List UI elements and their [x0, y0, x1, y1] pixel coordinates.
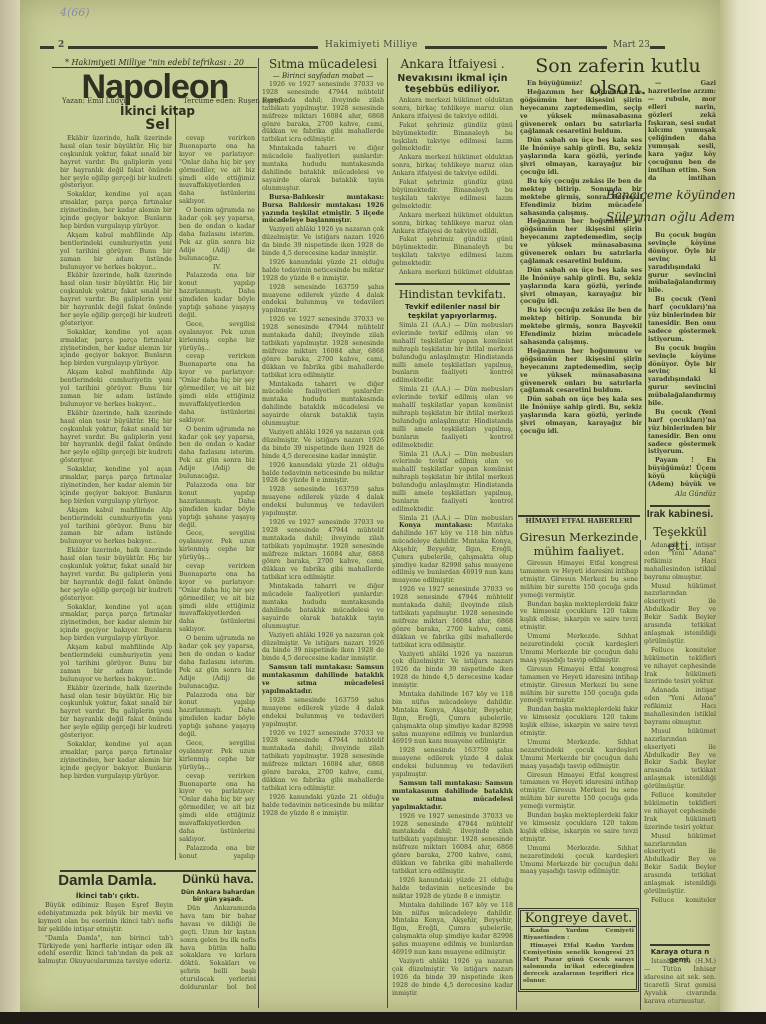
ship-aground-body: İstanbul, 21 (H.M.) — Tütün İnhisar idar…: [644, 958, 716, 1003]
handwritten-line-1: Bençiçeme köyünden: [606, 188, 736, 202]
weather-subtitle: Dün Ankara bahardan bir gün yaşadı.: [178, 889, 258, 903]
issue-date: Mart 23: [613, 40, 650, 50]
malaria-continued: — Birinci sayfadan mabat —: [260, 72, 386, 80]
margin-handwritten-note: 4(66): [60, 6, 90, 19]
column-divider: [387, 58, 388, 1008]
column-divider: [175, 115, 176, 860]
page-number: 2: [58, 40, 64, 50]
napoleon-column-2: cevap verirken Buonaparte ona ha kıyor v…: [179, 135, 255, 860]
damla-title: Damla Damla.: [40, 872, 175, 889]
column-divider: [258, 58, 259, 1008]
scan-bottom-border: [0, 1012, 766, 1024]
india-subtitle: Tevkif edilenler nasıl bir teşkilat yapı…: [390, 303, 515, 320]
iraq-body: Adanada intişar eden "Yeni Adana" refiki…: [644, 542, 716, 902]
book-binding-edge: [0, 0, 20, 1012]
giresun-body: Giresun Himayei Etfal kongresi tamamen v…: [520, 560, 638, 905]
india-body: Simla 21 (A.A.) — Dün mebusları evlerind…: [392, 322, 513, 522]
damla-subtitle: İkinci tab'ı çıktı.: [40, 892, 175, 900]
fire-dept-body: Ankara merkezi hükümet olduktan sonra, b…: [392, 97, 513, 277]
victory-column-2-intro: — Gazi hazretlerine arzım: — rubule, mor…: [648, 80, 716, 180]
napoleon-series-line: * Hakimiyeti Milliye "nin edebî tefrikas…: [52, 58, 257, 68]
napoleon-column-1: Ekâbir üzerinde, halk üzerinde hasıl ola…: [60, 135, 172, 860]
malaria-title: Sıtma mücadelesi: [260, 57, 386, 71]
fire-dept-title: Ankara İtfaiyesi .: [390, 57, 515, 71]
congress-body: Kadın Yardım Cemiyeti Riyasetinden : Him…: [521, 927, 636, 987]
section-divider: [395, 283, 510, 285]
damla-body: Büyük edibimiz Ruşen Eşref Beyin edebiya…: [38, 902, 173, 1007]
section-divider: [650, 944, 710, 946]
victory-signature: Ala Gündüz: [648, 490, 716, 498]
column-divider: [640, 540, 641, 1010]
column-divider: [516, 120, 517, 1010]
fire-dept-subtitle: Nevakısını ikmal için teşebbüs ediliyor.: [390, 73, 515, 95]
newspaper-name: Hakimiyeti Milliye: [325, 40, 418, 50]
india-title: Hindistan tevkifatı.: [390, 288, 515, 301]
victory-column-1: En büyüğümüz! Heğazımın her hoğumunu ve …: [520, 80, 642, 535]
congress-invitation-box: Kongreye davet. Kadın Yardım Cemiyeti Ri…: [518, 908, 639, 992]
section-divider: [650, 505, 710, 507]
giresun-title: Giresun Merkezinde mühim faaliyet.: [518, 530, 640, 558]
weather-body: Dün Ankaramızda hava tam bir bahar havas…: [180, 905, 256, 990]
victory-column-2-body: Bu çocuk bugün sevinçle köyüne dönüyor. …: [648, 232, 716, 487]
napoleon-section: Sel: [60, 117, 255, 133]
handwritten-line-2: Süleyman oğlu Adem: [606, 210, 735, 224]
page-right-edge: [720, 0, 766, 1012]
congress-title: Kongreye davet.: [521, 911, 636, 927]
weather-title: Dünkü hava.: [178, 872, 258, 886]
page-header: 2 Hakimiyeti Milliye Mart 23: [40, 40, 705, 54]
column-divider: [645, 120, 646, 540]
child-welfare-banner: HİMAYEİ ETFAL HABERLERİ: [518, 517, 640, 525]
malaria-body: 1926 ve 1927 senesinde 37033 ve 1928 sen…: [262, 81, 384, 1006]
konya-body: Konya mıntakası: Mıntaka dahilinde 167 k…: [392, 522, 513, 1007]
napoleon-book: İkinci kitap: [60, 104, 255, 118]
iraq-title: Irak kabinesi.: [640, 508, 720, 520]
